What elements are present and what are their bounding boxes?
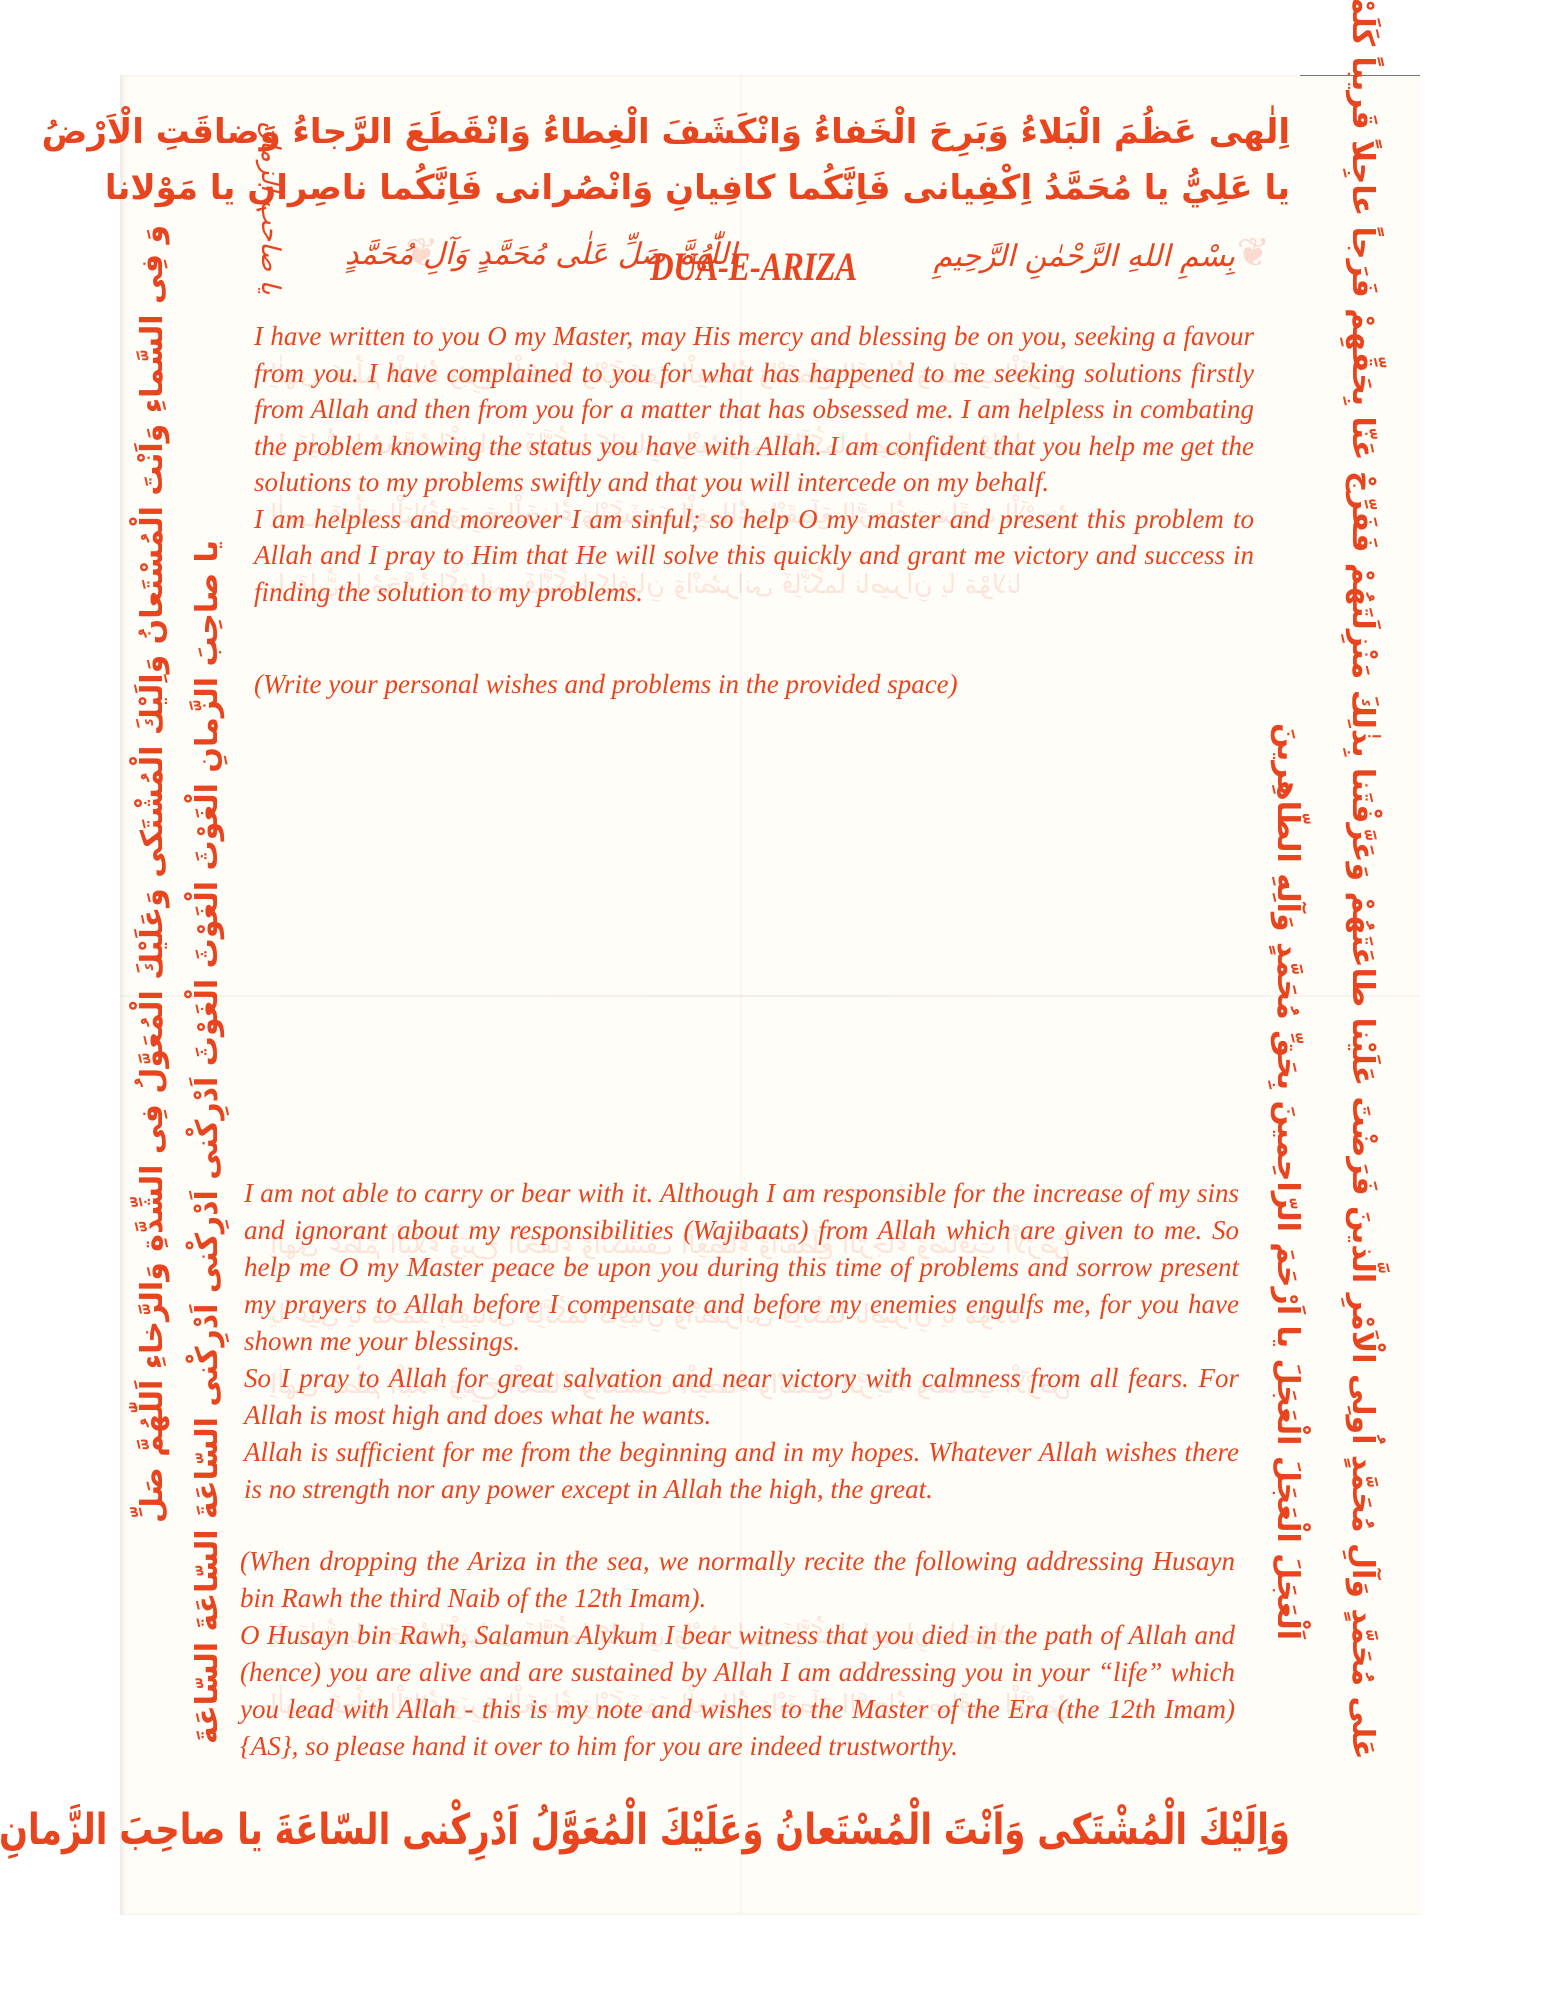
- arabic-header-line-2: يا عَلِيُّ يا مُحَمَّدُ اِكْفِيانى فَاِن…: [245, 168, 1290, 208]
- paragraph-salvation: So I pray to Allah for great salvation a…: [244, 1360, 1239, 1434]
- petition-paragraphs-1: I have written to you O my Master, may H…: [254, 318, 1254, 610]
- left-border-arabic-outer: وَ فِى السَّماءِ وَاَنْتَ الْمُسْتَعانُ …: [135, 225, 170, 1745]
- personal-wishes-space[interactable]: [254, 720, 1254, 1170]
- calligraphy-ya-sahib: يا صاحب الزمان: [255, 225, 285, 295]
- right-border-arabic-inner: اَلْعَجَلَ الْعَجَلَ الْعَجَلَ يا اَرْحَ…: [1270, 420, 1305, 1640]
- calligraphy-watermark: ❦: [1236, 230, 1270, 276]
- calligraphy-bismillah: بِسْمِ اللهِ الرَّحْمٰنِ الرَّحِيمِ: [933, 239, 1235, 274]
- title-row: ❦ ❦ يا صاحب الزمان اللّٰهُمَّ صَلِّ عَلٰ…: [245, 225, 1290, 300]
- paragraph-petition-opening: I have written to you O my Master, may H…: [254, 318, 1254, 501]
- paragraph-not-able: I am not able to carry or bear with it. …: [244, 1175, 1239, 1360]
- bottom-border-arabic: وَاِلَيْكَ الْمُشْتَكى وَاَنْتَ الْمُسْت…: [200, 1805, 1290, 1855]
- right-border-arabic-outer: عَلى مُحَمَّدٍ وَآلِ مُحَمَّدٍ اُولِى ال…: [1345, 230, 1380, 1760]
- write-instruction: (Write your personal wishes and problems…: [254, 669, 958, 700]
- paragraph-sufficient: Allah is sufficient for me from the begi…: [244, 1434, 1239, 1508]
- petition-paragraphs-3: (When dropping the Ariza in the sea, we …: [240, 1543, 1235, 1765]
- petition-paragraphs-2: I am not able to carry or bear with it. …: [244, 1175, 1239, 1508]
- paragraph-dropping-instruction: (When dropping the Ariza in the sea, we …: [240, 1543, 1235, 1617]
- document-title: DUA-E-ARIZA: [650, 243, 857, 290]
- arabic-header-line-1: اِلٰهی عَظُمَ الْبَلاءُ وَبَرِحَ الْخَفا…: [245, 112, 1290, 152]
- left-border-arabic-inner: يا صاحِبَ الزَّمانِ الْغَوْثَ الْغَوْثَ …: [190, 540, 225, 1750]
- paragraph-husayn-bin-rawh: O Husayn bin Rawh, Salamun Alykum I bear…: [240, 1617, 1235, 1765]
- paragraph-petition-helpless: I am helpless and moreover I am sinful; …: [254, 501, 1254, 611]
